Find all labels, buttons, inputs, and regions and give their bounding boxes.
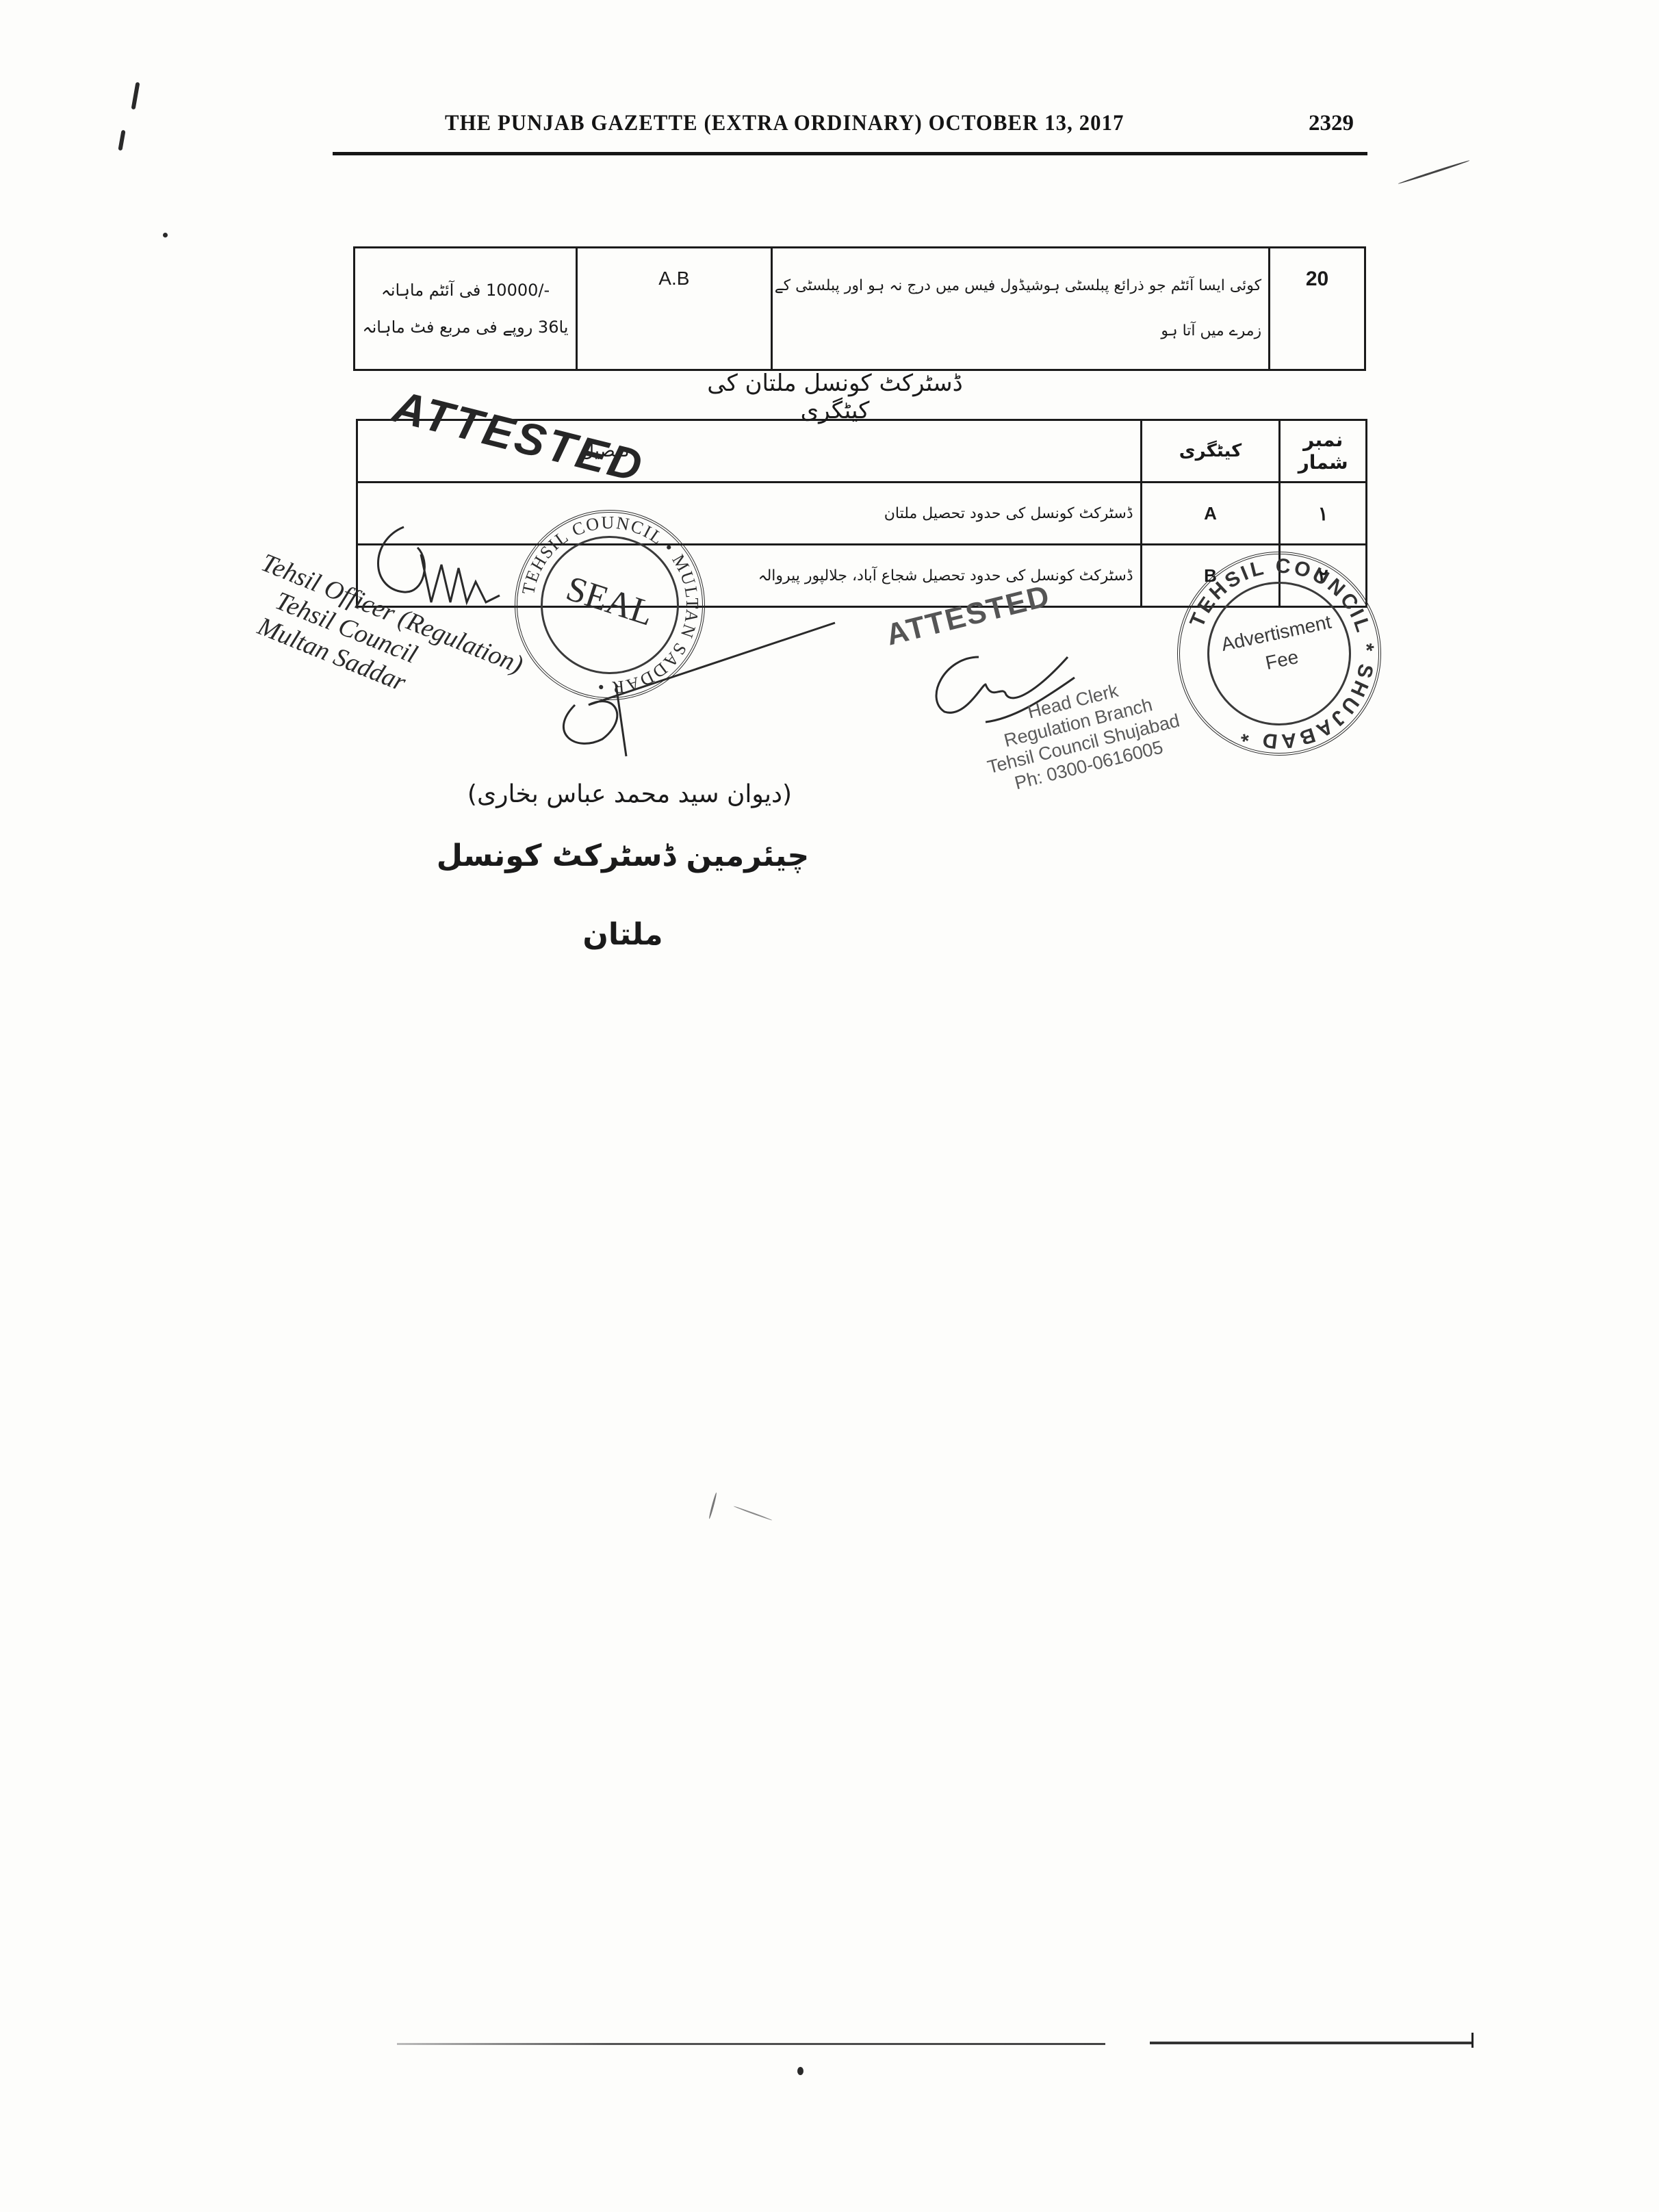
description-cell: کوئی ایسا آئٹم جو ذرائع پبلسٹی ہوشیڈول ف… (771, 248, 1269, 370)
fee-line-1: -/10000 فی آئٹم ماہانہ (355, 272, 576, 309)
header-number: نمبر شمار (1280, 420, 1367, 483)
table-row: -/10000 فی آئٹم ماہانہ یا36 روپے فی مربع… (355, 248, 1365, 370)
description-line-2: زمرے میں آتا ہو (773, 309, 1261, 354)
signatory-city: ملتان (534, 917, 712, 952)
category-cell: A.B (576, 248, 771, 370)
signatory-name: (دیوان سید محمد عباس بخاری) (438, 780, 821, 808)
scan-mark (1398, 159, 1470, 185)
row-category: A (1141, 483, 1280, 545)
fee-line-2: یا36 روپے فی مربع فٹ ماہانہ (355, 309, 576, 346)
signatory-title: چیئرمین ڈسٹرکٹ کونسل (411, 838, 835, 873)
scan-mark (797, 2067, 803, 2075)
scan-mark (118, 130, 125, 151)
gazette-title: THE PUNJAB GAZETTE (EXTRA ORDINARY) OCTO… (445, 111, 1124, 136)
footer-tick (1471, 2033, 1474, 2048)
scan-mark (733, 1506, 772, 1521)
fee-cell: -/10000 فی آئٹم ماہانہ یا36 روپے فی مربع… (355, 248, 577, 370)
category-table-title: ڈسٹرکٹ کونسل ملتان کی کیٹگری (698, 370, 972, 424)
footer-rule-right (1150, 2042, 1471, 2044)
serial-number-cell: 20 (1270, 248, 1365, 370)
scan-mark (131, 82, 140, 110)
row-number: ۱ (1280, 483, 1367, 545)
page-number: 2329 (1309, 111, 1354, 136)
header-rule (333, 152, 1367, 155)
scan-mark (708, 1492, 717, 1519)
header-category: کیٹگری (1141, 420, 1280, 483)
fee-schedule-table: -/10000 فی آئٹم ماہانہ یا36 روپے فی مربع… (353, 246, 1366, 371)
scan-mark (163, 233, 168, 237)
footer-rule-left (397, 2043, 1105, 2045)
description-line-1: کوئی ایسا آئٹم جو ذرائع پبلسٹی ہوشیڈول ف… (773, 263, 1261, 309)
